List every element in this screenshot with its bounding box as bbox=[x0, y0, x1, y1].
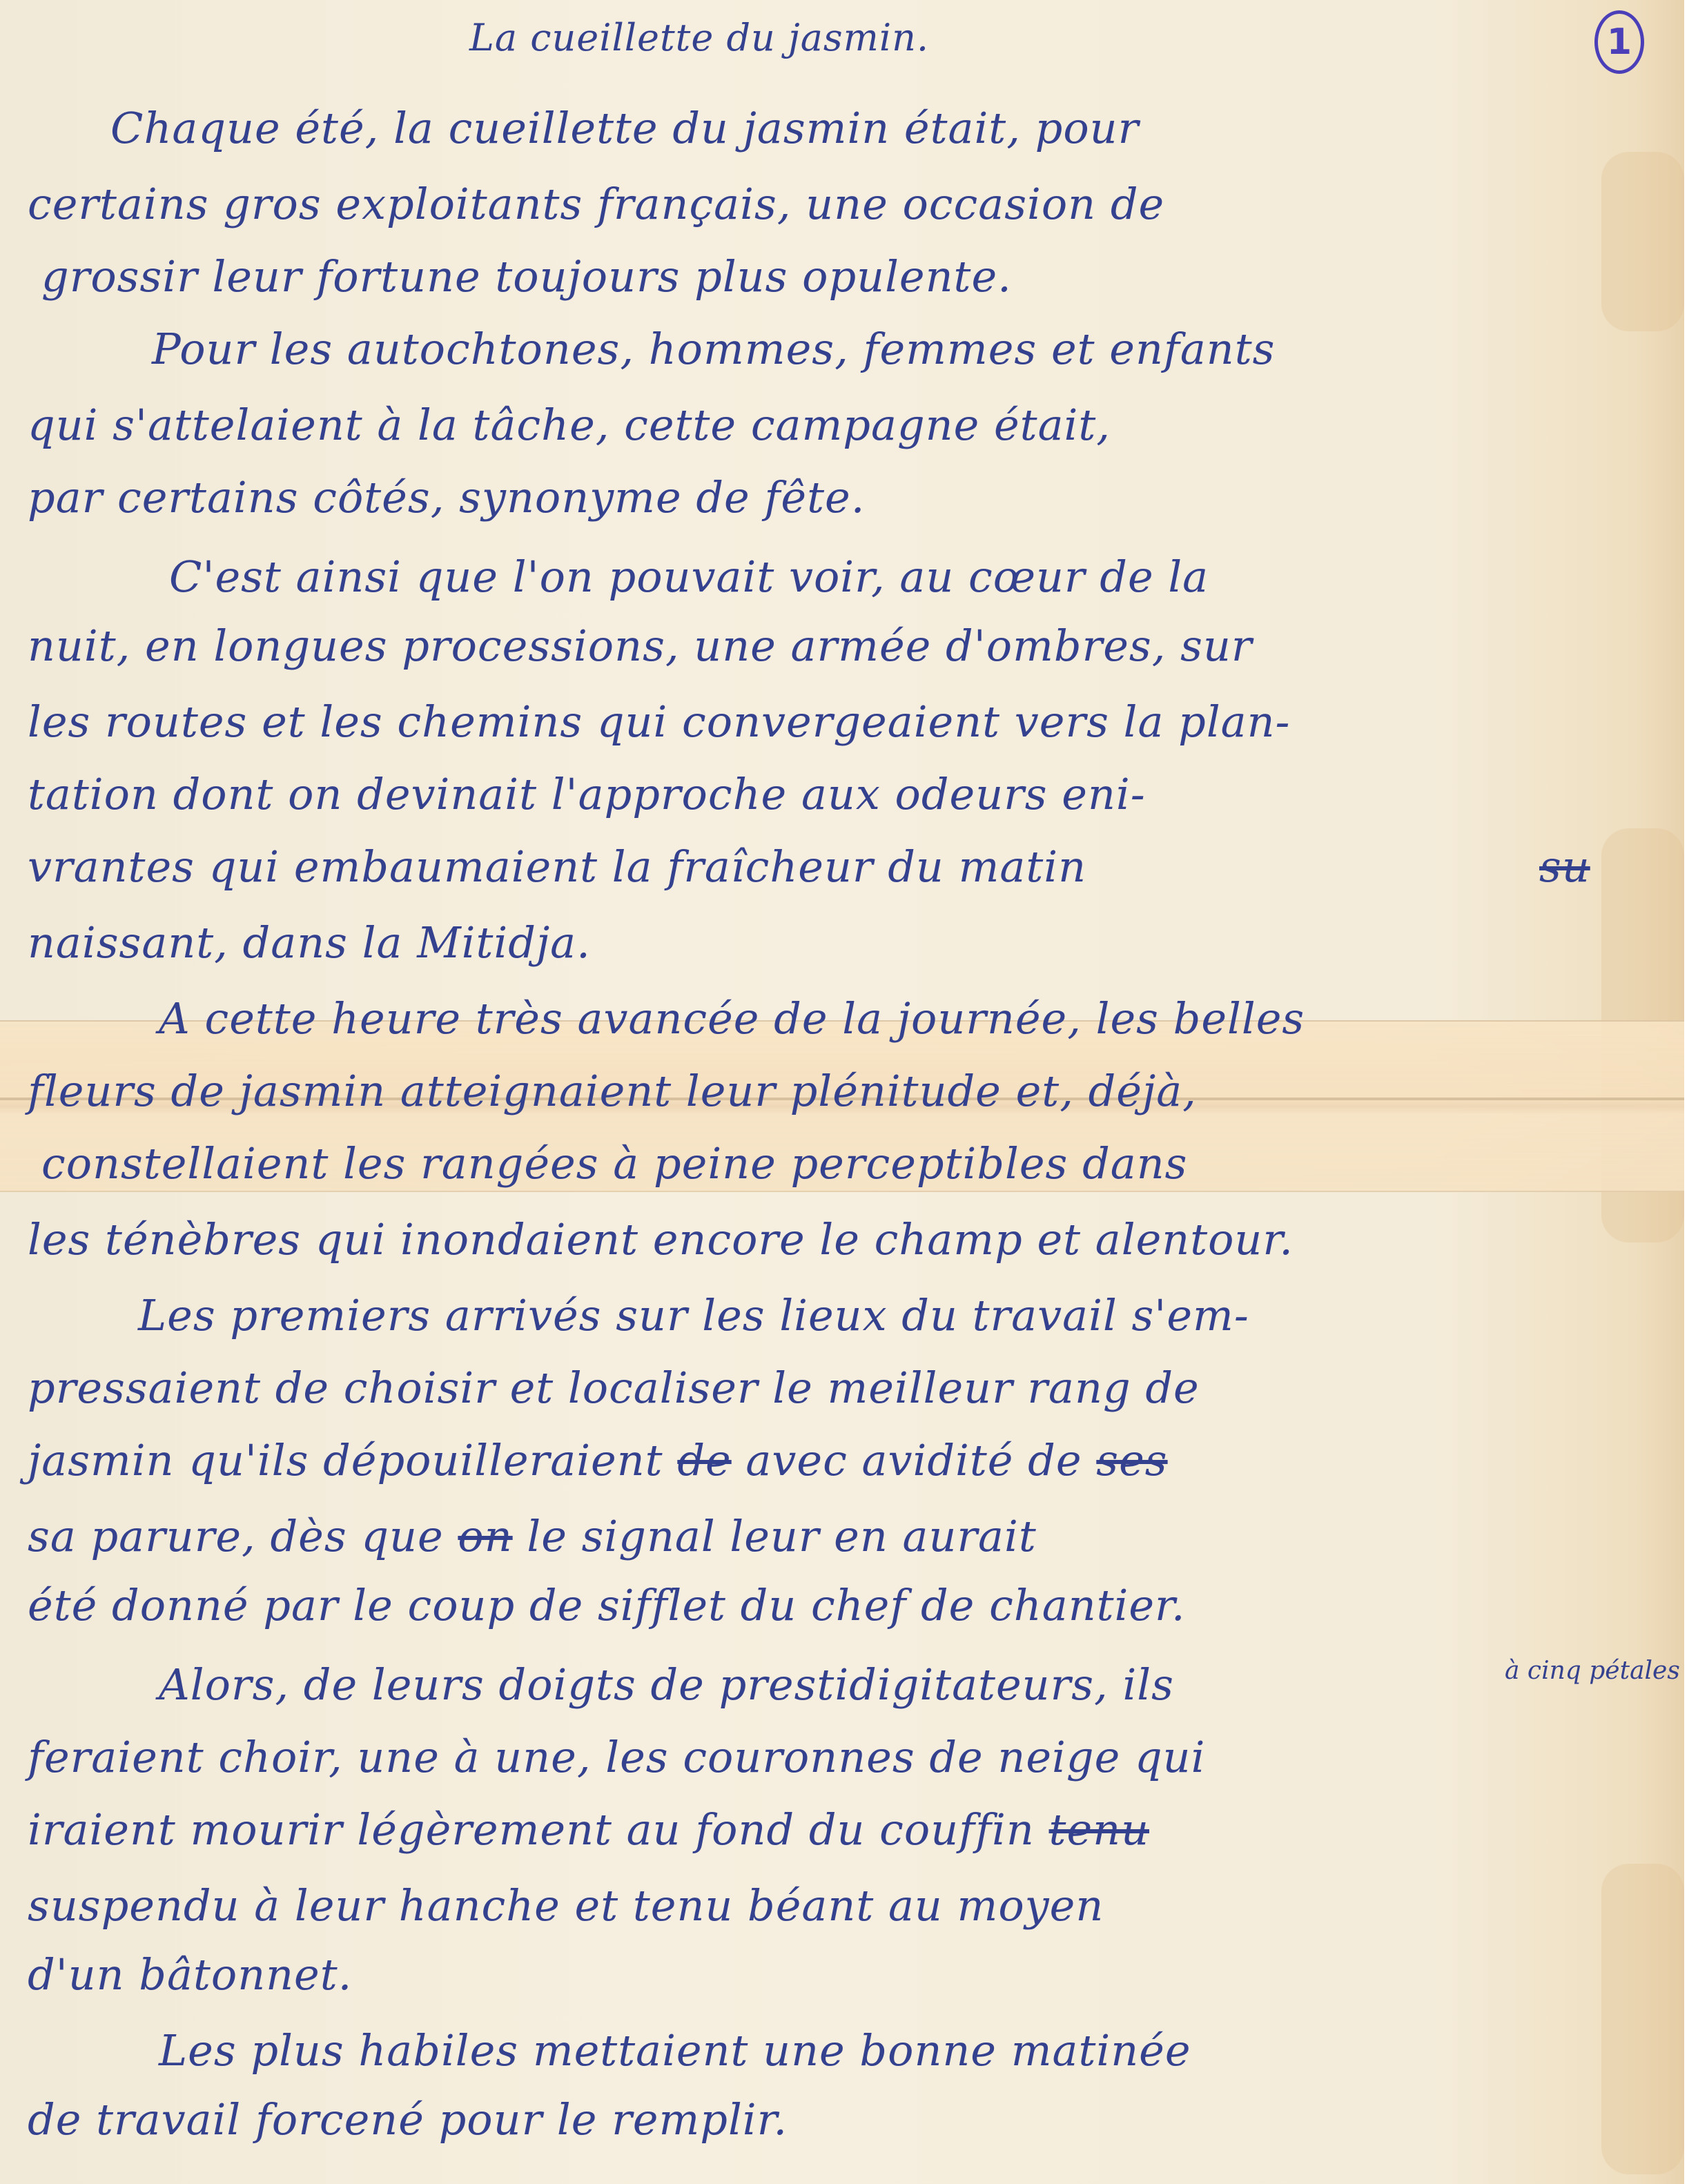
text-line: tation dont on devinait l'approche aux o… bbox=[28, 773, 1146, 816]
struck-word: de bbox=[677, 1435, 731, 1485]
text-line: C'est ainsi que l'on pouvait voir, au cœ… bbox=[169, 556, 1209, 598]
paper-stain bbox=[1601, 152, 1684, 331]
margin-insertion: à cinq pétales bbox=[1505, 1657, 1680, 1685]
text-line: les routes et les chemins qui convergeai… bbox=[28, 701, 1291, 743]
page-number-circle: 1 bbox=[1594, 10, 1644, 74]
text-line: Les plus habiles mettaient une bonne mat… bbox=[159, 2029, 1191, 2072]
text-line: certains gros exploitants français, une … bbox=[28, 183, 1164, 226]
text-line: iraient mourir légèrement au fond du cou… bbox=[28, 1808, 1149, 1851]
struck-word: on bbox=[458, 1511, 512, 1561]
document-title: La cueillette du jasmin. bbox=[469, 19, 929, 57]
text-line: pressaient de choisir et localiser le me… bbox=[28, 1367, 1200, 1410]
text-line: jasmin qu'ils dépouilleraient de avec av… bbox=[28, 1439, 1168, 1482]
text-line: de travail forcené pour le remplir. bbox=[28, 2098, 788, 2141]
text-segment: le signal leur en aurait bbox=[527, 1511, 1036, 1561]
text-line: les ténèbres qui inondaient encore le ch… bbox=[28, 1218, 1294, 1261]
text-line: vrantes qui embaumaient la fraîcheur du … bbox=[28, 846, 1086, 888]
text-line: qui s'attelaient à la tâche, cette campa… bbox=[28, 404, 1111, 447]
text-line: naissant, dans la Mitidja. bbox=[28, 922, 591, 964]
text-segment: iraient mourir légèrement au fond du cou… bbox=[28, 1804, 1035, 1855]
text-line: d'un bâtonnet. bbox=[28, 1953, 352, 1996]
text-segment: avec avidité de bbox=[745, 1435, 1082, 1485]
text-segment: feraient choir, une à une, les couronnes… bbox=[28, 1732, 1120, 1782]
struck-word: su bbox=[1539, 846, 1590, 888]
text-line: par certains côtés, synonyme de fête. bbox=[28, 476, 865, 519]
text-line: Alors, de leurs doigts de prestidigitate… bbox=[159, 1664, 1174, 1706]
text-segment: sa parure, dès que bbox=[28, 1511, 444, 1561]
text-line: Les premiers arrivés sur les lieux du tr… bbox=[138, 1294, 1249, 1337]
struck-word: ses bbox=[1096, 1435, 1167, 1485]
text-line: constellaient les rangées à peine percep… bbox=[41, 1142, 1188, 1185]
text-line: sa parure, dès que on le signal leur en … bbox=[28, 1515, 1037, 1558]
text-line: été donné par le coup de sifflet du chef… bbox=[28, 1584, 1186, 1627]
scan-edge bbox=[1684, 0, 1698, 2184]
text-line: A cette heure très avancée de la journée… bbox=[159, 997, 1305, 1040]
text-segment: jasmin qu'ils dépouilleraient bbox=[28, 1435, 663, 1485]
text-line: nuit, en longues processions, une armée … bbox=[28, 625, 1253, 667]
text-line: feraient choir, une à une, les couronnes… bbox=[28, 1736, 1205, 1779]
text-line: suspendu à leur hanche et tenu béant au … bbox=[28, 1884, 1104, 1927]
text-line: grossir leur fortune toujours plus opule… bbox=[41, 255, 1012, 298]
text-line: Chaque été, la cueillette du jasmin étai… bbox=[110, 107, 1139, 150]
struck-word: tenu bbox=[1049, 1804, 1149, 1855]
paper-stain bbox=[1601, 1864, 1684, 2174]
text-segment: qui bbox=[1135, 1732, 1205, 1782]
text-line: fleurs de jasmin atteignaient leur pléni… bbox=[28, 1070, 1197, 1113]
text-line: Pour les autochtones, hommes, femmes et … bbox=[152, 328, 1275, 371]
